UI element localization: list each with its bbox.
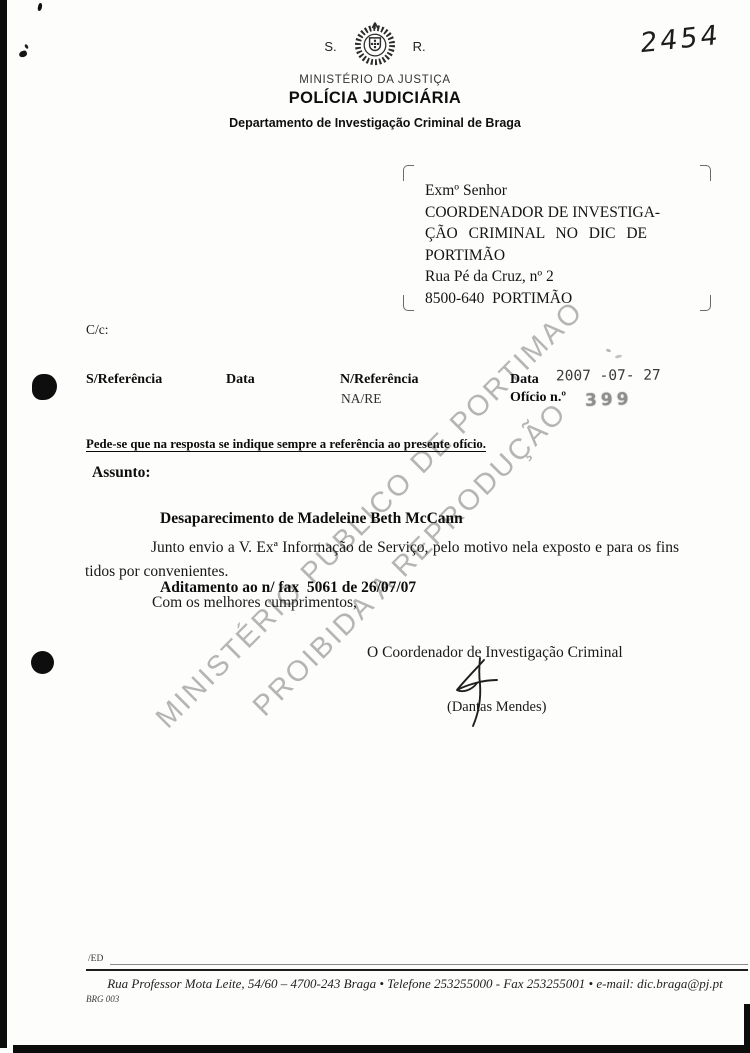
recipient-line: ÇÃO CRIMINAL NO DIC DE <box>425 223 711 245</box>
corner-mark-icon <box>403 295 414 311</box>
corner-mark-icon <box>403 165 414 181</box>
scan-edge-bottom <box>13 1045 750 1053</box>
closing-salutation: Com os melhores cumprimentos, <box>152 594 357 612</box>
footer-initials: /ED <box>88 954 103 964</box>
stamp-smudge <box>606 348 612 353</box>
crest-icon <box>348 20 402 72</box>
organization-name: POLÍCIA JUDICIÁRIA <box>0 89 750 108</box>
department-name: Departamento de Investigação Criminal de… <box>0 116 750 130</box>
ink-speck <box>37 3 43 12</box>
hole-punch-dot <box>32 374 57 400</box>
letterhead-s: S. <box>324 39 336 54</box>
sender-date-label: Data <box>226 372 255 388</box>
letterhead: S. R. MINISTÉRIO DA JUSTIÇA POLÍCIA JUDI… <box>0 20 750 130</box>
footer-form-code: BRG 003 <box>86 994 119 1004</box>
recipient-line: COORDENADOR DE INVESTIGA- <box>425 202 711 224</box>
cc-label: C/c: <box>86 322 109 338</box>
stamp-smudge <box>615 354 623 359</box>
signature-mark <box>446 654 510 728</box>
scan-edge-left <box>0 0 7 1048</box>
our-reference-label: N/Referência <box>340 372 419 388</box>
subject-line-1: Desaparecimento de Madeleine Beth McCann <box>160 507 463 530</box>
footer-thin-rule <box>110 964 748 965</box>
recipient-line: Exmº Senhor <box>425 180 711 202</box>
date-stamp: 2007 -07- 27 <box>556 368 661 385</box>
reply-reference-notice: Pede-se que na resposta se indique sempr… <box>86 437 486 452</box>
our-reference-value: NA/RE <box>341 391 382 407</box>
recipient-line: PORTIMÃO <box>425 245 711 267</box>
corner-mark-icon <box>700 165 711 181</box>
scanned-letter-page: MINISTÉRIO PÚBLICO DE PORTIMAO PROIBIDA … <box>0 0 750 1053</box>
our-date-label: Data <box>510 372 539 388</box>
recipient-address-block: Exmº Senhor COORDENADOR DE INVESTIGA- ÇÃ… <box>403 165 711 311</box>
footer-rule <box>86 969 748 971</box>
corner-mark-icon <box>700 295 711 311</box>
oficio-number-stamp: 399 <box>585 389 633 411</box>
ministry-name: MINISTÉRIO DA JUSTIÇA <box>0 74 750 86</box>
footer-address: Rua Professor Mota Leite, 54/60 – 4700-2… <box>90 976 740 992</box>
crest-row: S. R. <box>0 20 750 72</box>
hole-punch-dot <box>31 651 54 674</box>
scan-edge-right <box>744 1004 750 1048</box>
oficio-number-label: Ofício n.º <box>510 390 566 406</box>
sender-reference-label: S/Referência <box>86 372 162 388</box>
body-paragraph: Junto envio a V. Exª Informação de Servi… <box>85 536 679 583</box>
recipient-line: 8500-640 PORTIMÃO <box>425 288 711 310</box>
recipient-line: Rua Pé da Cruz, nº 2 <box>425 266 711 288</box>
letterhead-r: R. <box>413 39 426 54</box>
